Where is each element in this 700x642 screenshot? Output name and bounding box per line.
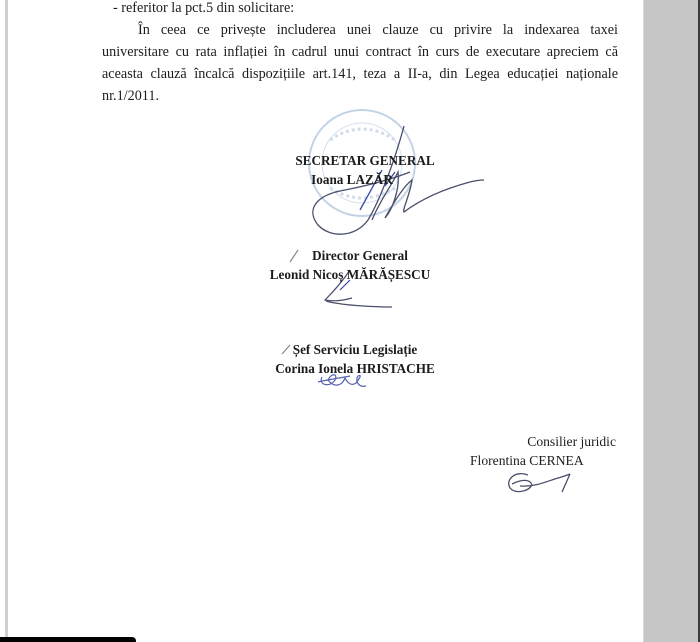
signatory-title: Consilier juridic (470, 432, 620, 451)
paragraph-line-3: aceasta clauză încalcă dispozițiile art.… (102, 63, 618, 85)
paragraph-line-2: universitare cu rata inflației în cadrul… (102, 41, 618, 63)
signatory-consilier-juridic: Consilier juridic Florentina CERNEA (470, 432, 620, 470)
signatory-title: Șef Serviciu Legislație (270, 340, 440, 359)
signatory-name: Corina Ionela HRISTACHE (270, 359, 440, 378)
signature-cernea-icon (509, 474, 570, 492)
signatory-director-general: Director General Leonid Nicoș MĂRĂȘESCU (255, 246, 445, 284)
signatory-title: Director General (275, 246, 445, 265)
paragraph-line-4: nr.1/2011. (102, 85, 159, 107)
bullet-line: - referitor la pct.5 din solicitare: (113, 0, 294, 19)
signatory-name: Florentina CERNEA (470, 451, 620, 470)
signatory-name: Ioana LAZĂR (254, 170, 450, 189)
signatory-secretar-general: SECRETAR GENERAL Ioana LAZĂR (280, 151, 450, 189)
signatures-overlay (0, 0, 643, 642)
viewer-side-panel (643, 0, 699, 642)
document-page: - referitor la pct.5 din solicitare: În … (0, 0, 643, 642)
signatory-name: Leonid Nicoș MĂRĂȘESCU (255, 265, 445, 284)
signatory-sef-serviciu: Șef Serviciu Legislație Corina Ionela HR… (270, 340, 440, 378)
home-indicator-bar[interactable] (0, 637, 136, 642)
paragraph-line-1: În ceea ce privește includerea unei clau… (138, 19, 618, 41)
signatory-title: SECRETAR GENERAL (280, 151, 450, 170)
